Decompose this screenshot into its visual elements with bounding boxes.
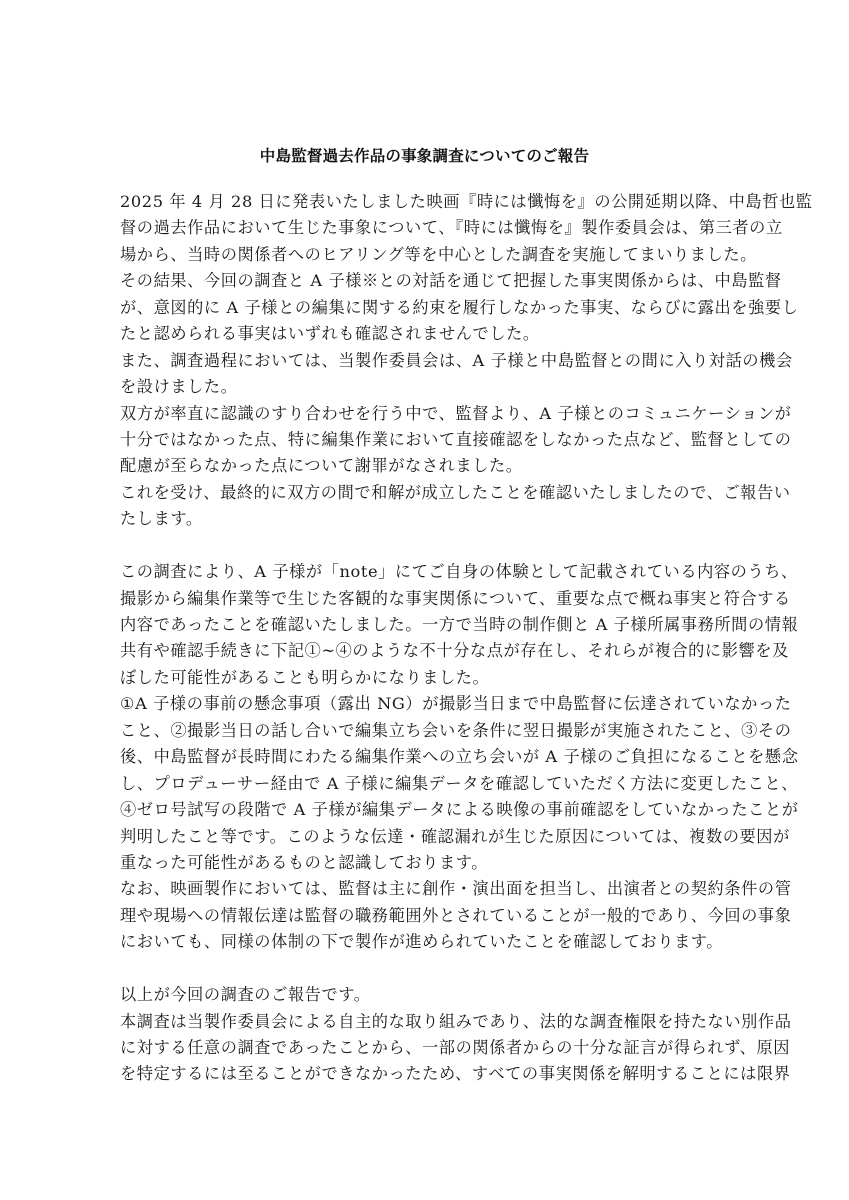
text-line: この調査により、A 子様が「note」にてご自身の体験として記載されている内容の… <box>120 559 730 585</box>
text-line: 配慮が至らなかった点について謝罪がなされました。 <box>120 453 730 479</box>
paragraph: なお、映画製作においては、監督は主に創作・演出面を担当し、出演者との契約条件の管… <box>120 876 730 955</box>
text-line: 内容であったことを確認いたしました。一方で当時の制作側と A 子様所属事務所間の… <box>120 612 730 638</box>
paragraph: 双方が率直に認識のすり合わせを行う中で、監督より、A 子様とのコミュニケーション… <box>120 401 730 480</box>
text-line: が、意図的に A 子様との編集に関する約束を履行しなかった事実、ならびに露出を強… <box>120 295 730 321</box>
text-line: を設けました。 <box>120 374 730 400</box>
text-line: ④ゼロ号試写の段階で A 子様が編集データによる映像の事前確認をしていなかったこ… <box>120 797 730 823</box>
text-line: においても、同様の体制の下で製作が進められていたことを確認しております。 <box>120 929 730 955</box>
document-title: 中島監督過去作品の事象調査についてのご報告 <box>0 145 849 167</box>
text-line: に対する任意の調査であったことから、一部の関係者からの十分な証言が得られず、原因 <box>120 1035 730 1061</box>
text-line: また、調査過程においては、当製作委員会は、A 子様と中島監督との間に入り対話の機… <box>120 348 730 374</box>
blank-line <box>120 956 730 982</box>
text-line: し、プロデューサー経由で A 子様に編集データを確認していただく方法に変更したこ… <box>120 771 730 797</box>
text-line: こと、②撮影当日の話し合いで編集立ち会いを条件に翌日撮影が実施されたこと、③その <box>120 718 730 744</box>
text-line: たと認められる事実はいずれも確認されませんでした。 <box>120 321 730 347</box>
paragraph: また、調査過程においては、当製作委員会は、A 子様と中島監督との間に入り対話の機… <box>120 348 730 401</box>
paragraph: ①A 子様の事前の懸念事項（露出 NG）が撮影当日まで中島監督に伝達されていなか… <box>120 691 730 876</box>
text-line: なお、映画製作においては、監督は主に創作・演出面を担当し、出演者との契約条件の管 <box>120 876 730 902</box>
text-line: 共有や確認手続きに下記①~④のような不十分な点が存在し、それらが複合的に影響を及 <box>120 638 730 664</box>
text-line: を特定するには至ることができなかったため、すべての事実関係を解明することには限界 <box>120 1061 730 1087</box>
text-line: 理や現場への情報伝達は監督の職務範囲外とされていることが一般的であり、今回の事象 <box>120 903 730 929</box>
text-line: 本調査は当製作委員会による自主的な取り組みであり、法的な調査権限を持たない別作品 <box>120 1009 730 1035</box>
paragraph: 本調査は当製作委員会による自主的な取り組みであり、法的な調査権限を持たない別作品… <box>120 1009 730 1088</box>
document-page: 中島監督過去作品の事象調査についてのご報告 2025 年 4 月 28 日に発表… <box>0 0 849 1200</box>
text-line: たします。 <box>120 506 730 532</box>
text-line: 以上が今回の調査のご報告です。 <box>120 982 730 1008</box>
paragraph: この調査により、A 子様が「note」にてご自身の体験として記載されている内容の… <box>120 559 730 691</box>
text-line: 重なった可能性があるものと認識しております。 <box>120 850 730 876</box>
text-line: 撮影から編集作業等で生じた客観的な事実関係について、重要な点で概ね事実と符合する <box>120 586 730 612</box>
text-line: 2025 年 4 月 28 日に発表いたしました映画『時には懺悔を』の公開延期以… <box>120 189 730 215</box>
text-line: 判明したこと等です。このような伝達・確認漏れが生じた原因については、複数の要因が <box>120 824 730 850</box>
text-line: 場から、当時の関係者へのヒアリング等を中心とした調査を実施してまいりました。 <box>120 242 730 268</box>
paragraph: その結果、今回の調査と A 子様※との対話を通じて把握した事実関係からは、中島監… <box>120 268 730 347</box>
text-line: これを受け、最終的に双方の間で和解が成立したことを確認いたしましたので、ご報告い <box>120 480 730 506</box>
document-body: 2025 年 4 月 28 日に発表いたしました映画『時には懺悔を』の公開延期以… <box>120 189 730 1088</box>
text-line: 督の過去作品において生じた事象について、『時には懺悔を』製作委員会は、第三者の立 <box>120 215 730 241</box>
paragraph: これを受け、最終的に双方の間で和解が成立したことを確認いたしましたので、ご報告い… <box>120 480 730 533</box>
text-line: 双方が率直に認識のすり合わせを行う中で、監督より、A 子様とのコミュニケーション… <box>120 401 730 427</box>
text-line: その結果、今回の調査と A 子様※との対話を通じて把握した事実関係からは、中島監… <box>120 268 730 294</box>
text-line: 十分ではなかった点、特に編集作業において直接確認をしなかった点など、監督としての <box>120 427 730 453</box>
text-line: ぼした可能性があることも明らかになりました。 <box>120 665 730 691</box>
paragraph: 2025 年 4 月 28 日に発表いたしました映画『時には懺悔を』の公開延期以… <box>120 189 730 268</box>
text-line: 後、中島監督が長時間にわたる編集作業への立ち会いが A 子様のご負担になることを… <box>120 744 730 770</box>
blank-line <box>120 533 730 559</box>
text-line: ①A 子様の事前の懸念事項（露出 NG）が撮影当日まで中島監督に伝達されていなか… <box>120 691 730 717</box>
paragraph: 以上が今回の調査のご報告です。 <box>120 982 730 1008</box>
